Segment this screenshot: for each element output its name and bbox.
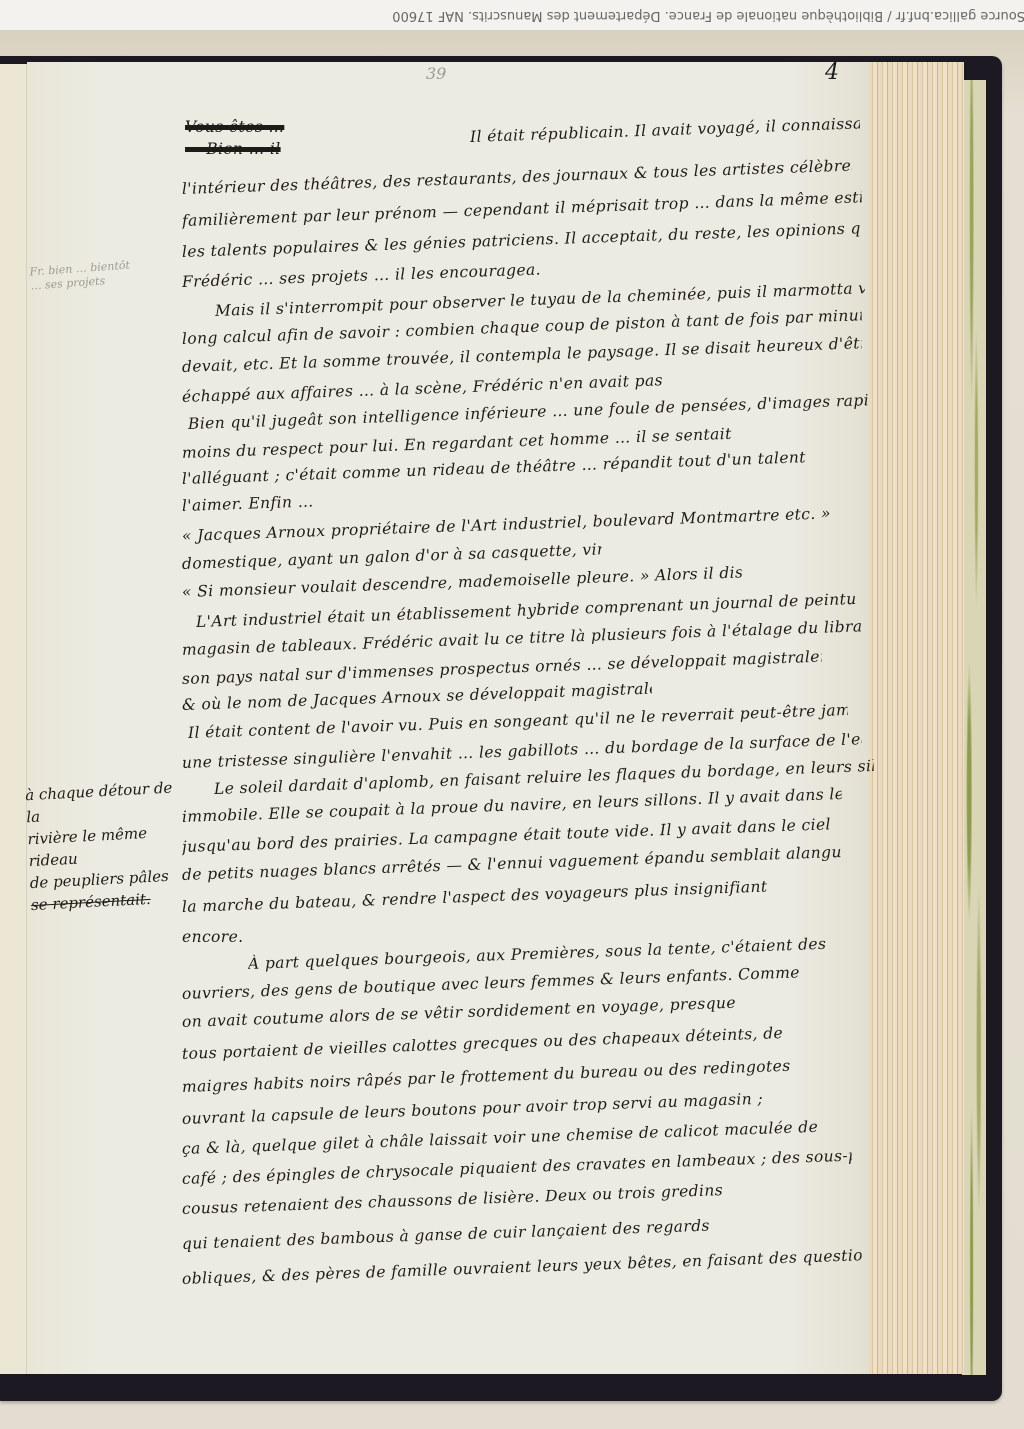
- manuscript-line: — Bien … il: [185, 140, 415, 158]
- folio-number-ink: 4: [825, 60, 839, 85]
- marbled-endpaper: [962, 80, 986, 1375]
- folio-number-pencil: 39: [426, 64, 446, 83]
- source-caption-bar: Source gallica.bnf.fr / Bibliothèque nat…: [0, 0, 1024, 30]
- source-caption: Source gallica.bnf.fr / Bibliothèque nat…: [392, 8, 1024, 23]
- flyleaf: [0, 64, 27, 1374]
- manuscript-line: Vous êtes …: [185, 118, 505, 136]
- manuscript-line: encore.: [182, 928, 262, 946]
- ink-margin-note: à chaque détour de la rivière le même ri…: [25, 776, 192, 916]
- source-caption-rotated: Source gallica.bnf.fr / Bibliothèque nat…: [0, 0, 1024, 30]
- page-edges: [868, 62, 964, 1374]
